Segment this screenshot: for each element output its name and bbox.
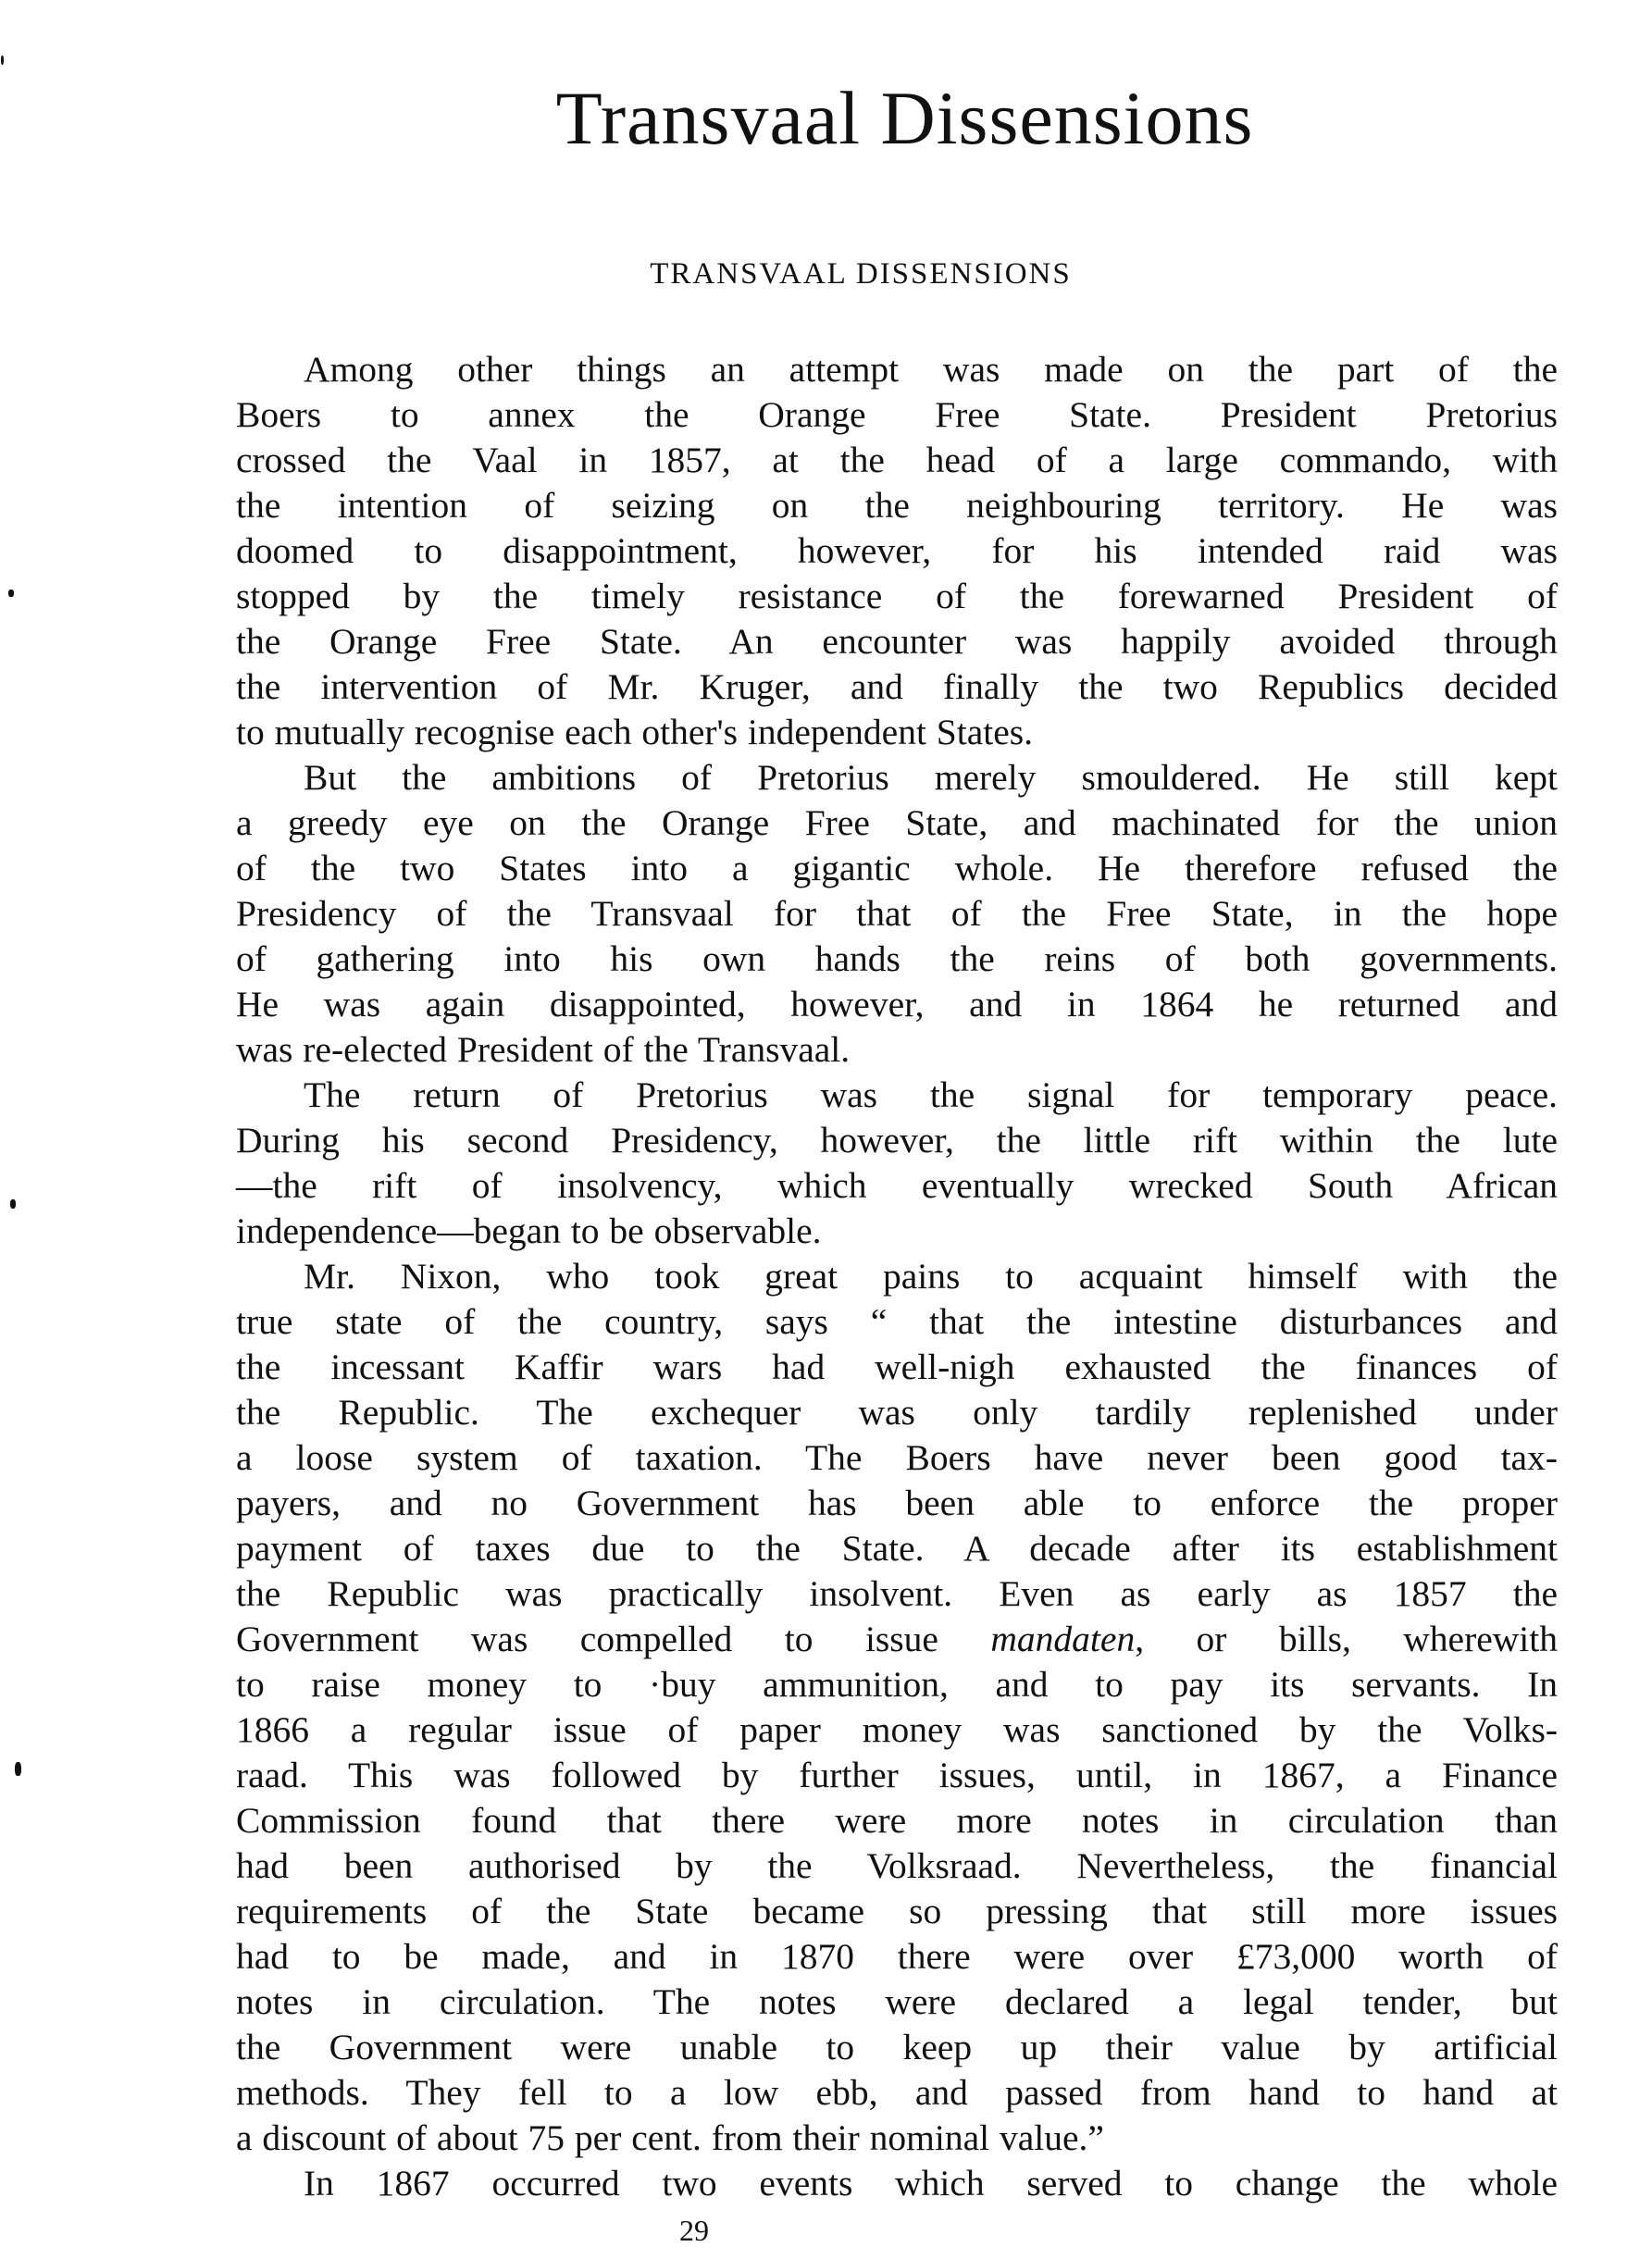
paragraph-4-line: the Republic. The exchequer was only tar… xyxy=(236,1390,1558,1435)
paragraph-2-line: Presidency of the Transvaal for that of … xyxy=(236,891,1558,937)
scan-mark xyxy=(1,56,4,65)
scan-mark xyxy=(15,1762,21,1776)
paragraph-4-line: payers, and no Government has been able … xyxy=(236,1481,1558,1526)
paragraph-2-line: of gathering into his own hands the rein… xyxy=(236,937,1558,982)
paragraph-1-line: to mutually recognise each other's indep… xyxy=(236,710,1558,755)
line-text: Government was compelled to issue xyxy=(236,1619,990,1659)
paragraph-2-line: But the ambitions of Pretorius merely sm… xyxy=(304,755,1558,801)
paragraph-4-line: the Republic was practically insolvent. … xyxy=(236,1571,1558,1617)
paragraph-2-line: of the two States into a gigantic whole.… xyxy=(236,846,1558,891)
paragraph-4-line: to raise money to ·buy ammunition, and t… xyxy=(236,1662,1558,1707)
paragraph-1-line: Boers to annex the Orange Free State. Pr… xyxy=(236,392,1558,438)
paragraph-2-line: He was again disappointed, however, and … xyxy=(236,982,1558,1027)
paragraph-4-line: a loose system of taxation. The Boers ha… xyxy=(236,1435,1558,1481)
paragraph-1-line: the Orange Free State. An encounter was … xyxy=(236,619,1558,664)
paragraph-1-line: doomed to disappointment, however, for h… xyxy=(236,528,1558,574)
paragraph-4-line: true state of the country, says “ that t… xyxy=(236,1299,1558,1345)
paragraph-1-line: Among other things an attempt was made o… xyxy=(304,347,1558,392)
paragraph-1-line: the intention of seizing on the neighbou… xyxy=(236,483,1558,528)
paragraph-1-line: stopped by the timely resistance of the … xyxy=(236,574,1558,619)
paragraph-4-line: raad. This was followed by further issue… xyxy=(236,1753,1558,1798)
paragraph-4-line: had to be made, and in 1870 there were o… xyxy=(236,1934,1558,1980)
paragraph-2-line: a greedy eye on the Orange Free State, a… xyxy=(236,801,1558,846)
scan-mark xyxy=(10,1199,16,1209)
paragraph-4-line: methods. They fell to a low ebb, and pas… xyxy=(236,2070,1558,2116)
paragraph-3-line: —the rift of insolvency, which eventuall… xyxy=(236,1163,1558,1209)
section-heading: TRANSVAAL DISSENSIONS xyxy=(0,255,1652,292)
running-title: Transvaal Dissensions xyxy=(0,72,1652,165)
paragraph-2-line: was re-elected President of the Transvaa… xyxy=(236,1027,1558,1073)
paragraph-4-line: 1866 a regular issue of paper money was … xyxy=(236,1707,1558,1753)
paragraph-4-line: the Government were unable to keep up th… xyxy=(236,2025,1558,2070)
paragraph-4-line: notes in circulation. The notes were dec… xyxy=(236,1980,1558,2025)
paragraph-4-line: payment of taxes due to the State. A dec… xyxy=(236,1526,1558,1571)
paragraph-4-line: Mr. Nixon, who took great pains to acqua… xyxy=(304,1254,1558,1299)
line-text: , or bills, wherewith xyxy=(1135,1619,1558,1659)
paragraph-4-line: the incessant Kaffir wars had well-nigh … xyxy=(236,1345,1558,1390)
paragraph-1-line: the intervention of Mr. Kruger, and fina… xyxy=(236,664,1558,710)
paragraph-5-line: In 1867 occurred two events which served… xyxy=(304,2161,1558,2206)
paragraph-4-line: requirements of the State became so pres… xyxy=(236,1889,1558,1934)
paragraph-4-line: had been authorised by the Volksraad. Ne… xyxy=(236,1843,1558,1889)
italic-term: mandaten xyxy=(990,1619,1135,1659)
paragraph-4-line: Government was compelled to issue mandat… xyxy=(236,1617,1558,1662)
paragraph-3-line: The return of Pretorius was the signal f… xyxy=(304,1073,1558,1118)
paragraph-4-line: a discount of about 75 per cent. from th… xyxy=(236,2116,1558,2161)
page-number: 29 xyxy=(648,2212,740,2249)
paragraph-3-line: independence—began to be observable. xyxy=(236,1209,1558,1254)
paragraph-1-line: crossed the Vaal in 1857, at the head of… xyxy=(236,438,1558,483)
paragraph-3-line: During his second Presidency, however, t… xyxy=(236,1118,1558,1163)
paragraph-4-line: Commission found that there were more no… xyxy=(236,1798,1558,1843)
scan-mark xyxy=(8,590,14,597)
